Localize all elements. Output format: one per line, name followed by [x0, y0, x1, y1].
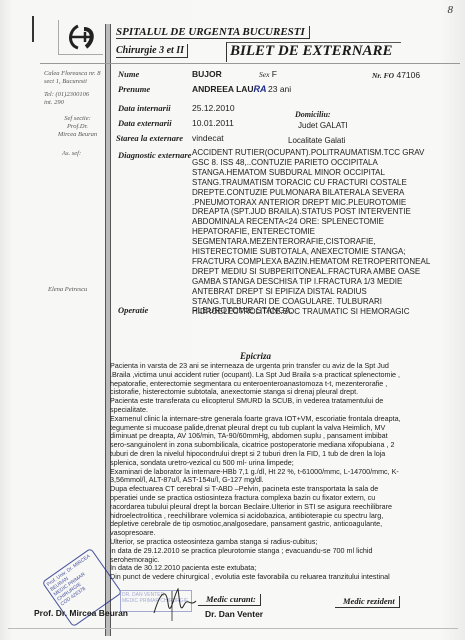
admission-date-label: Data internarii	[118, 103, 171, 113]
name-label: Nume	[118, 69, 139, 79]
hospital-name: SPITALUL DE URGENTA BUCURESTI	[116, 26, 310, 39]
admission-date: 25.12.2010	[192, 103, 235, 113]
discharge-status: vindecat	[192, 133, 224, 143]
head-label: Sef sectie:	[55, 115, 100, 123]
county-value: GALATI	[320, 121, 348, 130]
first-name-typed: ANDREEA LAU	[192, 84, 254, 94]
sex-label: Sex	[259, 70, 269, 79]
status-label: Starea la externare	[116, 133, 183, 143]
address-line: Calea Floreasca nr. 8	[44, 70, 100, 78]
patient-first-name: ANDREEA LAURA	[192, 84, 267, 94]
header-divider	[40, 63, 460, 64]
sex-value: F	[272, 69, 277, 79]
margin-mark	[32, 16, 34, 42]
discharge-document: 8 SPITALUL DE URGENTA BUCURESTI Chirurgi…	[0, 0, 465, 640]
operation-label: Operatie	[118, 305, 148, 315]
head-title: Prof.Dr.	[55, 123, 100, 131]
patient-age: 23 ani	[268, 84, 291, 94]
document-title: BILET DE EXTERNARE	[226, 42, 401, 62]
head-signature-name: Prof. Dr. Mircea Beuran	[34, 608, 128, 618]
first-name-handwritten: RA	[254, 84, 267, 94]
page-number: 8	[448, 4, 454, 16]
resident-physician-label: Medic rezident	[335, 596, 400, 608]
diagnosis-label: Diagnostic externare	[118, 150, 191, 160]
discharge-diagnosis: ACCIDENT RUTIER(OCUPANT).POLITRAUMATISM.…	[192, 148, 462, 316]
signature-scribble-icon	[150, 583, 200, 623]
address-line: sect 1, Bucuresti	[44, 78, 100, 86]
sex-field: Sex F	[259, 69, 277, 79]
fo-label: Nr. FO	[372, 71, 394, 80]
locality-label: Localitate	[288, 136, 322, 145]
county-label: Judet	[298, 121, 318, 130]
fo-number: 47106	[396, 70, 420, 80]
domicile-label: Domiciliu:	[295, 110, 331, 119]
attending-signature-name: Dr. Dan Venter	[205, 609, 263, 619]
locality-value: Galati	[324, 136, 345, 145]
patient-last-name: BUJOR	[192, 69, 222, 79]
fo-number-field: Nr. FO 47106	[372, 70, 420, 80]
assistant-label: As. sef:	[62, 150, 81, 158]
head-name: Mircea Beuran	[55, 131, 100, 139]
first-name-label: Prenume	[118, 84, 150, 94]
bottom-edge	[8, 628, 458, 629]
phone-line: int. 290	[44, 99, 89, 107]
hospital-logo-icon	[58, 20, 103, 55]
head-of-section: Sef sectie: Prof.Dr. Mircea Beuran	[55, 115, 100, 139]
address: Calea Floreasca nr. 8 sect 1, Bucuresti	[44, 70, 100, 86]
assistant-name: Elena Petrescu	[48, 286, 87, 294]
epicrisis-text: Pacienta in varsta de 23 ani se internea…	[110, 362, 462, 582]
discharge-date: 10.01.2011	[192, 118, 234, 128]
epicrisis-title: Epicriza	[240, 351, 271, 361]
attending-physician-label: Medic curant:	[198, 594, 261, 606]
phone: Tel: (01)2300106 int. 290	[44, 91, 89, 107]
discharge-date-label: Data externarii	[118, 118, 172, 128]
phone-line: Tel: (01)2300106	[44, 91, 89, 99]
department-name: Chirurgie 3 et II	[116, 44, 188, 58]
operation-value: PLEUROTOMIE STANGA.	[192, 305, 293, 315]
locality-field: Localitate Galati	[288, 136, 345, 145]
county-field: Judet GALATI	[298, 121, 348, 130]
